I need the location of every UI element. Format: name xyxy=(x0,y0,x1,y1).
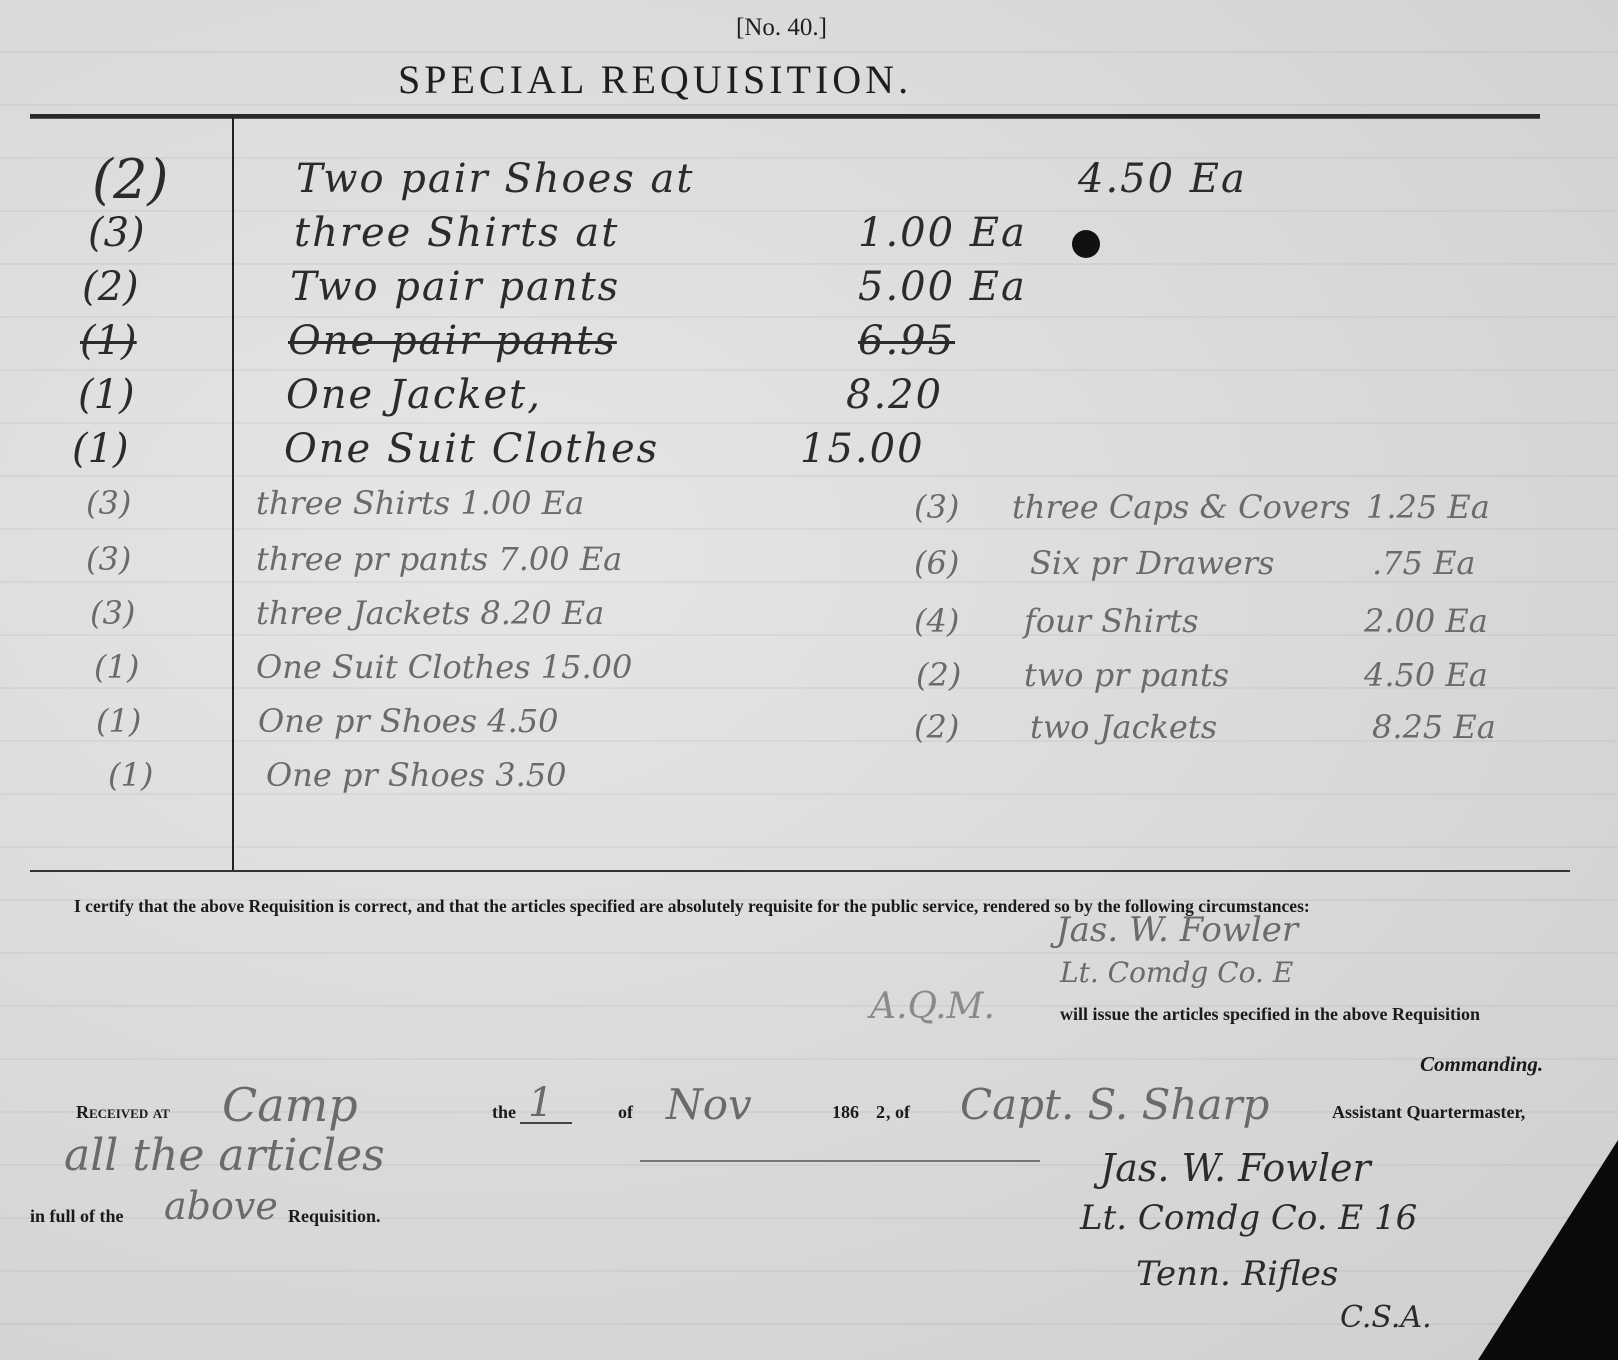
received-day: 1 xyxy=(528,1080,553,1126)
items-bottom-rule xyxy=(30,870,1570,872)
item-qty: (3) xyxy=(90,594,135,632)
issue-statement: will issue the articles specified in the… xyxy=(1060,1004,1480,1025)
item-text: Six pr Drawers xyxy=(1030,544,1274,582)
item-text: One Suit Clothes 15.00 xyxy=(256,648,632,686)
item-qty: (2) xyxy=(92,148,169,211)
item-amount: 4.50 Ea xyxy=(1078,156,1247,202)
quantity-column-rule xyxy=(232,118,234,870)
item-text: three Jackets 8.20 Ea xyxy=(256,594,604,632)
of-label-2: , of xyxy=(886,1102,910,1123)
item-amount: 4.50 Ea xyxy=(1364,656,1488,694)
item-text-struck: One pair pants xyxy=(288,318,617,364)
form-number: [No. 40.] xyxy=(736,14,827,42)
item-amount: 8.20 xyxy=(846,372,943,418)
item-amount-struck: 6.95 xyxy=(858,318,955,364)
item-qty: (1) xyxy=(72,426,129,472)
receiver-suffix: C.S.A. xyxy=(1340,1300,1432,1335)
item-qty: (3) xyxy=(86,484,131,522)
item-amount: 2.00 Ea xyxy=(1364,602,1488,640)
receiver-title: Lt. Comdg Co. E 16 xyxy=(1080,1198,1417,1238)
commanding-label: Commanding. xyxy=(1420,1052,1543,1077)
in-full-label: in full of the xyxy=(30,1206,124,1227)
item-qty: (6) xyxy=(914,544,959,582)
header-rule xyxy=(30,114,1540,119)
item-qty: (1) xyxy=(78,372,135,418)
item-amount: 15.00 xyxy=(800,426,925,472)
received-items-hand: all the articles xyxy=(64,1130,385,1181)
received-place: Camp xyxy=(222,1078,358,1132)
item-text: three Shirts 1.00 Ea xyxy=(256,484,584,522)
item-qty: (3) xyxy=(88,210,145,256)
item-qty-struck: (1) xyxy=(80,318,137,364)
item-text: Two pair pants xyxy=(290,264,620,310)
of-label: of xyxy=(618,1102,633,1123)
item-text: One pr Shoes 3.50 xyxy=(266,756,566,794)
fill-stroke xyxy=(640,1160,1040,1162)
day-underline xyxy=(520,1122,572,1124)
certifier-signature: Jas. W. Fowler xyxy=(1056,910,1298,950)
receiver-unit: Tenn. Rifles xyxy=(1136,1254,1338,1294)
received-from: Capt. S. Sharp xyxy=(960,1080,1269,1129)
issuer-handwritten: A.Q.M. xyxy=(870,986,995,1027)
received-at-label: Received at xyxy=(76,1102,170,1123)
item-text: One Jacket, xyxy=(286,372,542,418)
item-amount: .75 Ea xyxy=(1372,544,1476,582)
receiver-signature: Jas. W. Fowler xyxy=(1100,1146,1371,1190)
item-text: two Jackets xyxy=(1030,708,1217,746)
item-qty: (2) xyxy=(914,708,959,746)
item-qty: (2) xyxy=(82,264,139,310)
item-qty: (3) xyxy=(914,488,959,526)
year-prefix: 186 xyxy=(832,1102,859,1123)
item-qty: (1) xyxy=(108,756,153,794)
item-text: One pr Shoes 4.50 xyxy=(258,702,558,740)
item-qty: (1) xyxy=(94,648,139,686)
year-suffix: 2 xyxy=(876,1102,885,1123)
item-text: three Shirts at xyxy=(294,210,619,256)
item-qty: (2) xyxy=(916,656,961,694)
item-amount: 8.25 Ea xyxy=(1372,708,1496,746)
item-text: Two pair Shoes at xyxy=(296,156,694,202)
item-text: two pr pants xyxy=(1024,656,1229,694)
aqm-label: Assistant Quartermaster, xyxy=(1332,1102,1525,1123)
ink-blot xyxy=(1072,230,1100,258)
item-amount: 1.25 Ea xyxy=(1366,488,1490,526)
in-full-hand: above xyxy=(164,1184,278,1228)
item-qty: (3) xyxy=(86,540,131,578)
item-text: four Shirts xyxy=(1024,602,1199,640)
item-amount: 1.00 Ea xyxy=(858,210,1027,256)
item-amount: 5.00 Ea xyxy=(858,264,1027,310)
page-title: SPECIAL REQUISITION. xyxy=(398,56,912,103)
item-qty: (4) xyxy=(914,602,959,640)
item-qty: (1) xyxy=(96,702,141,740)
certifier-title: Lt. Comdg Co. E xyxy=(1060,956,1293,989)
the-label: the xyxy=(492,1102,516,1123)
requisition-label: Requisition. xyxy=(288,1206,381,1227)
item-text: three Caps & Covers xyxy=(1012,488,1351,526)
received-month: Nov xyxy=(666,1080,752,1129)
item-text: three pr pants 7.00 Ea xyxy=(256,540,622,578)
torn-corner xyxy=(1478,1140,1618,1360)
item-text: One Suit Clothes xyxy=(284,426,659,472)
